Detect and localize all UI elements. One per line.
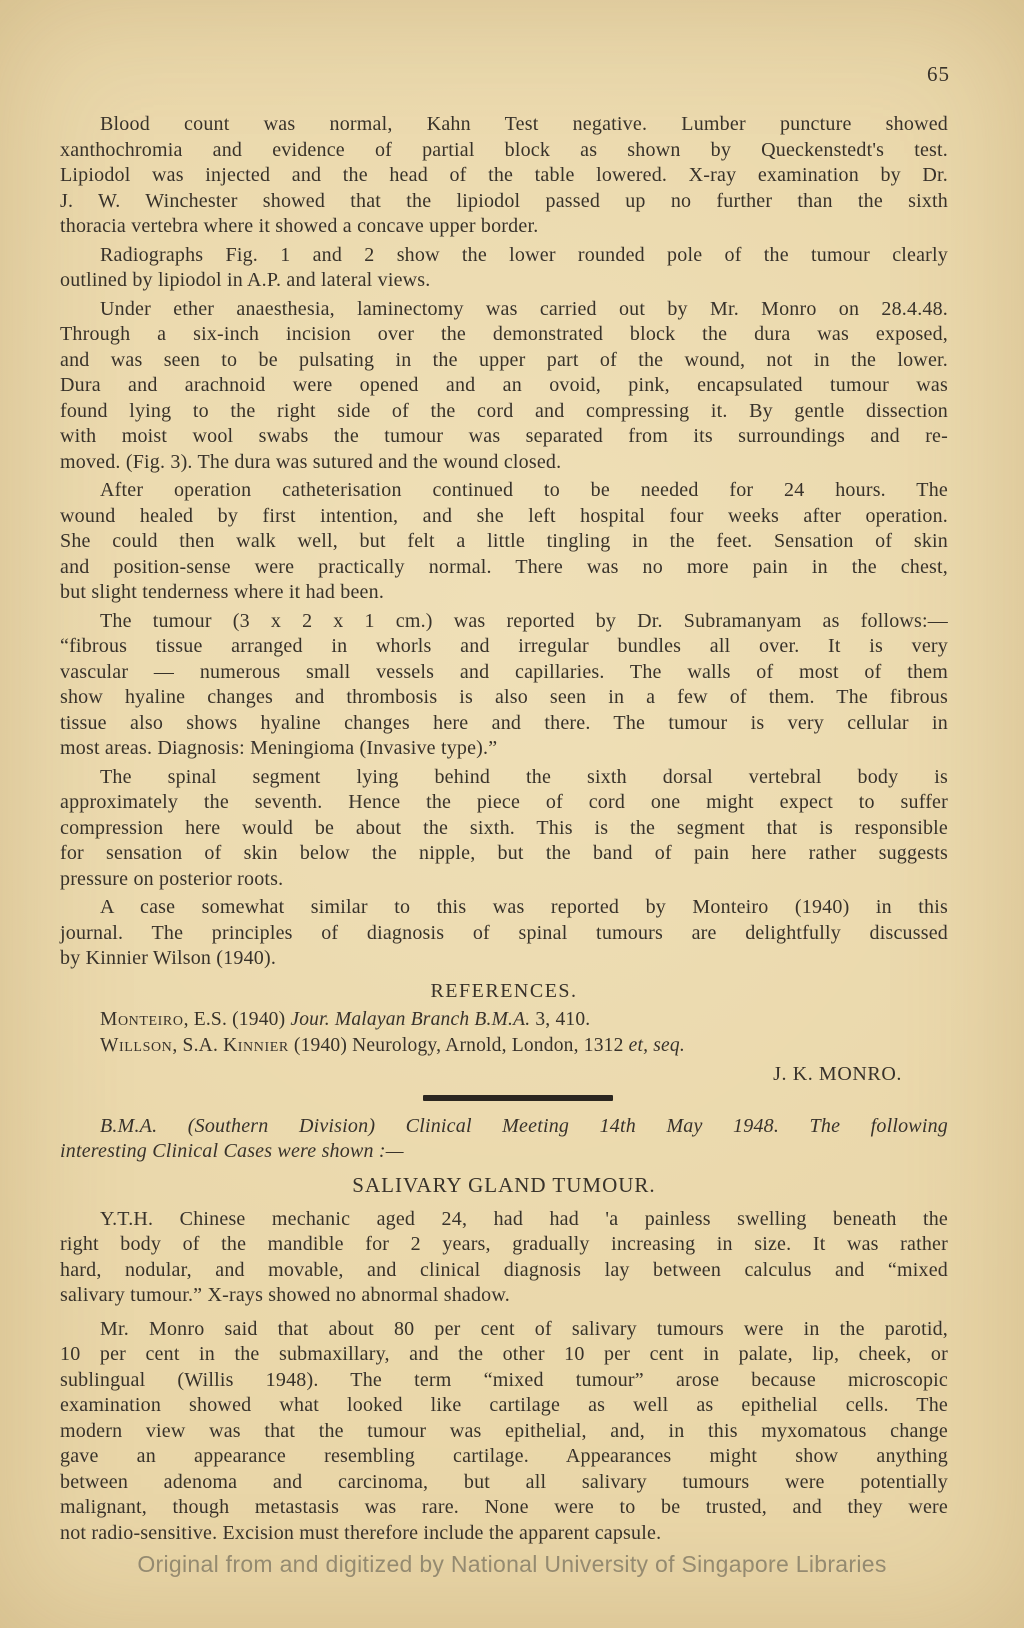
paragraph-radiographs: Radiographs Fig. 1 and 2 show the lower … bbox=[60, 243, 948, 294]
reference-entry-willson: Willson, S.A. Kinnier (1940) Neurology, … bbox=[60, 1033, 948, 1059]
reference-entry-monteiro: Monteiro, E.S. (1940) Jour. Malayan Bran… bbox=[60, 1007, 948, 1033]
references-heading: REFERENCES. bbox=[60, 979, 948, 1004]
paragraph-blood-count: Blood count was normal, Kahn Test negati… bbox=[60, 112, 948, 240]
paragraph-spinal-segment: The spinal segment lying behind the sixt… bbox=[60, 765, 948, 893]
paragraph-yth-case: Y.T.H. Chinese mechanic aged 24, had had… bbox=[60, 1207, 948, 1309]
paragraph-after-operation: After operation catheterisation continue… bbox=[60, 478, 948, 606]
paragraph-tumour-report: The tumour (3 x 2 x 1 cm.) was reported … bbox=[60, 609, 948, 762]
author-signature: J. K. MONRO. bbox=[60, 1061, 948, 1087]
paragraph-laminectomy: Under ether anaesthesia, laminectomy was… bbox=[60, 297, 948, 476]
journal-page-scan: 65 Blood count was normal, Kahn Test neg… bbox=[0, 0, 1024, 1628]
meeting-intro: B.M.A. (Southern Division) Clinical Meet… bbox=[60, 1114, 948, 1165]
salivary-gland-tumour-heading: SALIVARY GLAND TUMOUR. bbox=[60, 1172, 948, 1198]
page-number: 65 bbox=[927, 62, 950, 87]
paragraph-monro-comment: Mr. Monro said that about 80 per cent of… bbox=[60, 1317, 948, 1547]
section-divider-rule bbox=[423, 1095, 613, 1101]
digitization-watermark: Original from and digitized by National … bbox=[0, 1551, 1024, 1578]
page-content: Blood count was normal, Kahn Test negati… bbox=[60, 112, 948, 1546]
paragraph-similar-case: A case somewhat similar to this was repo… bbox=[60, 895, 948, 972]
